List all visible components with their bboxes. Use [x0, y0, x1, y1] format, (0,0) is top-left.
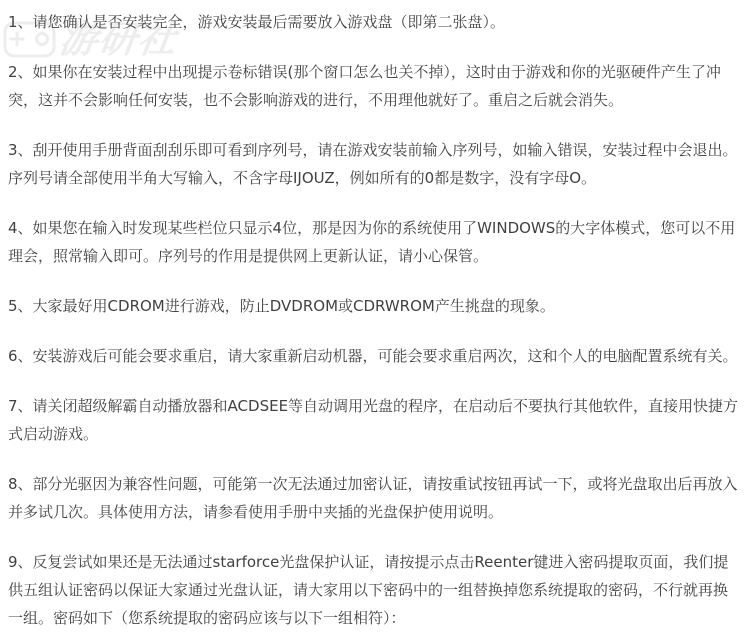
instructions-list: 1、请您确认是否安装完全，游戏安装最后需要放入游戏盘（即第二张盘）。 2、如果你… — [0, 0, 750, 632]
instruction-item-2: 2、如果你在安装过程中出现提示卷标错误(那个窗口怎么也关不掉），这时由于游戏和你… — [8, 58, 742, 114]
instruction-item-7: 7、请关闭超级解霸自动播放器和ACDSEE等自动调用光盘的程序，在启动后不要执行… — [8, 392, 742, 448]
instruction-item-1: 1、请您确认是否安装完全，游戏安装最后需要放入游戏盘（即第二张盘）。 — [8, 8, 742, 36]
instruction-item-3: 3、刮开使用手册背面刮刮乐即可看到序列号，请在游戏安装前输入序列号，如输入错误，… — [8, 136, 742, 192]
instruction-item-5: 5、大家最好用CDROM进行游戏，防止DVDROM或CDRWROM产生挑盘的现象… — [8, 292, 742, 320]
instruction-item-4: 4、如果您在输入时发现某些栏位只显示4位，那是因为你的系统使用了WINDOWS的… — [8, 214, 742, 270]
instruction-item-9: 9、反复尝试如果还是无法通过starforce光盘保护认证，请按提示点击Reen… — [8, 548, 742, 632]
page: { "page": { "background_color": "#ffffff… — [0, 0, 750, 639]
instruction-item-8: 8、部分光驱因为兼容性问题，可能第一次无法通过加密认证，请按重试按钮再试一下，或… — [8, 470, 742, 526]
instruction-item-6: 6、安装游戏后可能会要求重启，请大家重新启动机器，可能会要求重启两次，这和个人的… — [8, 342, 742, 370]
